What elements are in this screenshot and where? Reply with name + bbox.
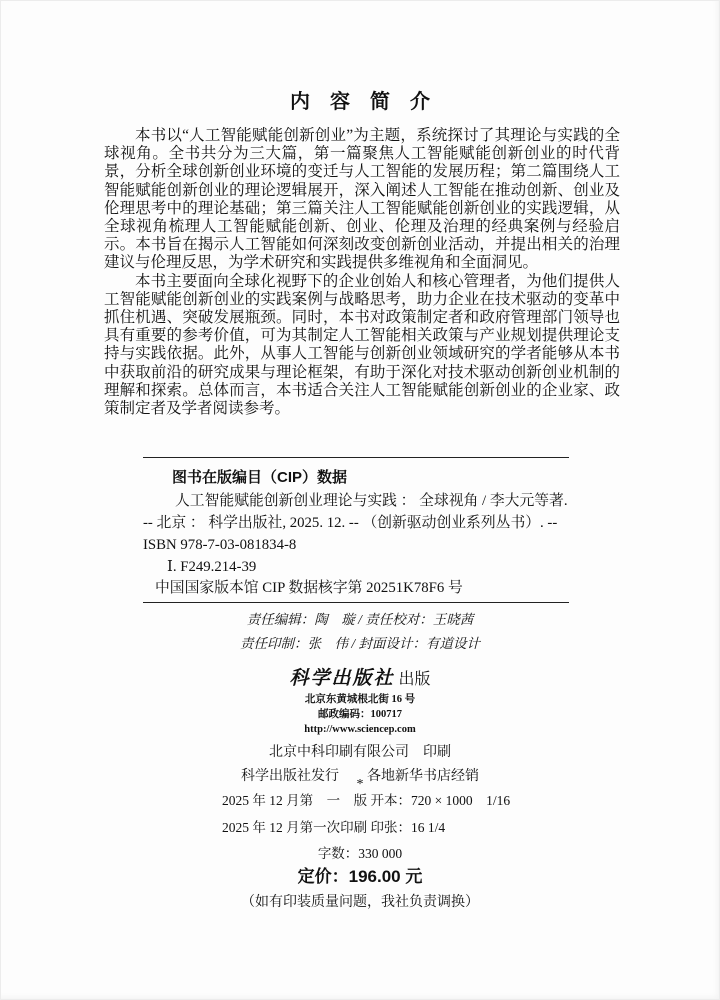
edition-date: 2025 年 12 月第 一 版 [222, 793, 367, 809]
print-run-date: 2025 年 12 月第一次印刷 [222, 820, 367, 836]
publisher-logo-text: 科学出版社 [289, 668, 394, 689]
cip-block: 图书在版编目（CIP）数据 人工智能赋能创新创业理论与实践 ： 全球视角 / 李… [143, 457, 569, 603]
cip-heading: 图书在版编目（CIP）数据 [172, 470, 569, 485]
sheet-count: 印张：16 1/4 [371, 820, 446, 835]
printer-line: 北京中科印刷有限公司 印刷 [0, 745, 720, 760]
staff-credits: 责任编辑：陶 璇 / 责任校对：王晓茜 责任印制：张 伟 / 封面设计：有道设计 [0, 608, 720, 656]
edition-separator: * [0, 778, 720, 792]
publish-label: 出版 [399, 671, 431, 688]
intro-paragraph-2: 本书主要面向全球化视野下的企业创始人和核心管理者，为他们提供人工智能赋能创新创业… [104, 273, 620, 419]
book-copyright-page: 内 容 简 介 本书以“人工智能赋能创新创业”为主题，系统探讨了其理论与实践的全… [0, 0, 720, 1000]
credit-printing-line: 责任印制：张 伟 / 封面设计：有道设计 [0, 632, 720, 656]
publisher-address: 北京东黄城根北街 16 号 [0, 693, 720, 706]
word-count: 字数：330 000 [0, 846, 720, 861]
intro-paragraph-1: 本书以“人工智能赋能创新创业”为主题，系统探讨了其理论与实践的全球视角。全书共分… [104, 127, 620, 273]
credit-editor-line: 责任编辑：陶 璇 / 责任校对：王晓茜 [0, 608, 720, 632]
cip-record-number-line: 中国国家版本馆 CIP 数据核字第 20251K78F6 号 [155, 581, 569, 596]
edition-line: 2025 年 12 月第 一 版 开本：720 × 1000 1/16 [222, 793, 510, 809]
quality-notice: （如有印装质量问题，我社负责调换） [0, 894, 720, 912]
cip-classification-line: Ⅰ. F249.214-39 [167, 560, 569, 575]
publisher-block: 科学出版社 出版 北京东黄城根北街 16 号 邮政编码：100717 http:… [0, 668, 720, 784]
page-title: 内 容 简 介 [0, 90, 720, 114]
publisher-postcode: 邮政编码：100717 [0, 708, 720, 721]
content-summary: 本书以“人工智能赋能创新创业”为主题，系统探讨了其理论与实践的全球视角。全书共分… [104, 127, 620, 418]
format-spec: 开本：720 × 1000 1/16 [371, 793, 511, 808]
price: 定价：196.00 元 [0, 867, 720, 887]
cip-publisher-line: -- 北京 ： 科学出版社, 2025. 12. -- （创新驱动创业系列丛书）… [143, 516, 569, 531]
publisher-website: http://www.sciencep.com [0, 723, 720, 736]
cip-isbn-line: ISBN 978-7-03-081834-8 [143, 538, 569, 553]
publisher-name-line: 科学出版社 出版 [0, 668, 720, 691]
cip-title-line: 人工智能赋能创新创业理论与实践 ： 全球视角 / 李大元等著. [175, 494, 569, 509]
print-run-line: 2025 年 12 月第一次印刷 印张：16 1/4 [222, 820, 510, 836]
edition-info: 2025 年 12 月第 一 版 开本：720 × 1000 1/16 2025… [222, 793, 510, 847]
